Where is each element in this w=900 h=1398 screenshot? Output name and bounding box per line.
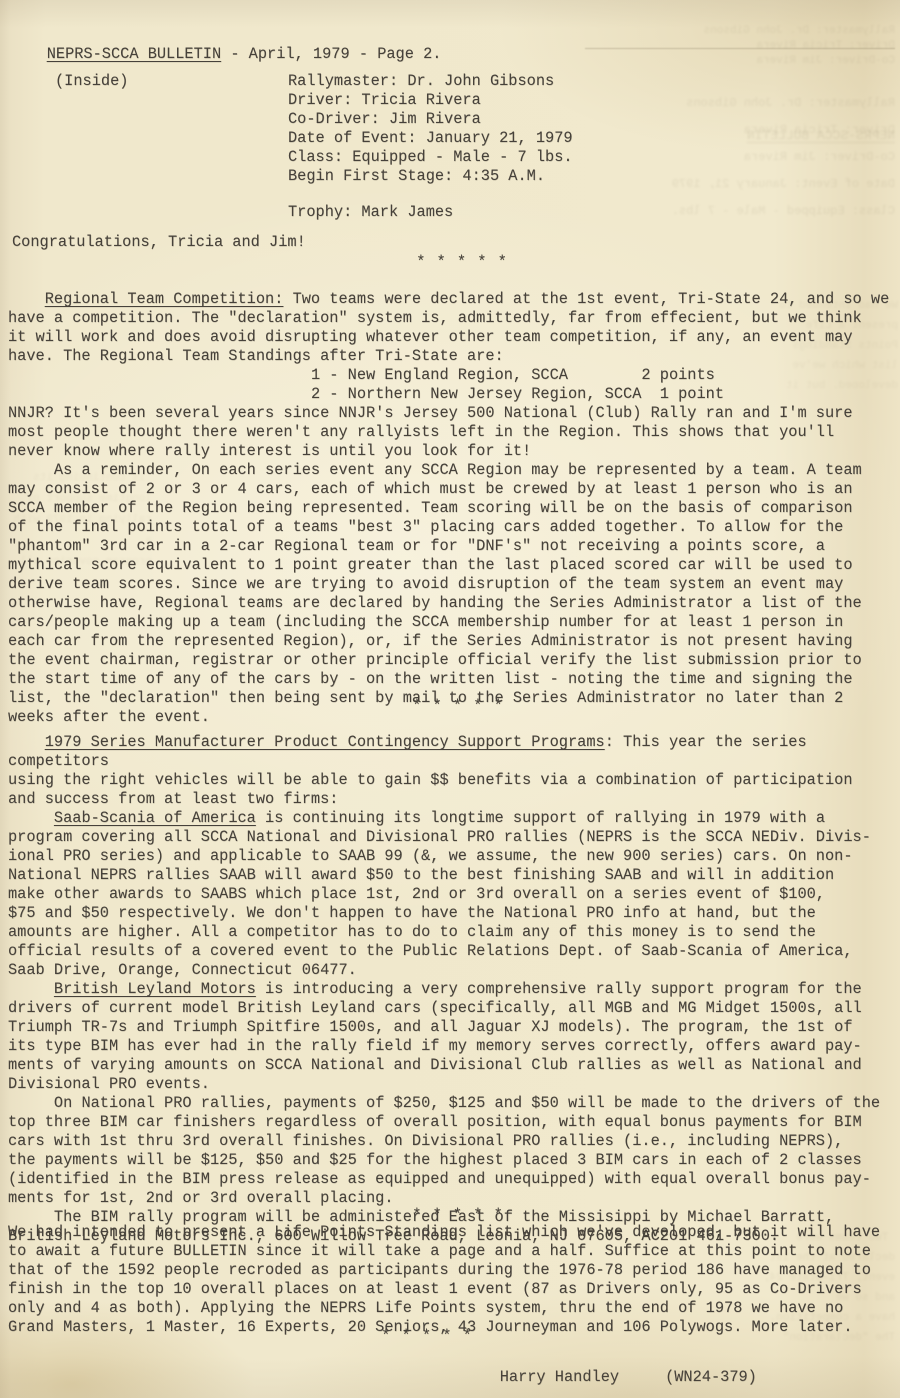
bleedthrough-rule: [585, 48, 895, 49]
regional-team-competition-section: Regional Team Competition: Two teams wer…: [8, 271, 896, 746]
bleedthrough-ghost-text: Rallymaster: Dr. John Gibsons Driver: Tr…: [625, 90, 895, 218]
contingency-programs-section: 1979 Series Manufacturer Product Conting…: [8, 714, 896, 1265]
saab-scania-name: Saab-Scania of America: [54, 809, 256, 827]
saab-paragraph-text: is continuing its longtime support of ra…: [8, 809, 871, 998]
bleedthrough-ghost-text: Rallymaster: Dr. John Gibsons Driver: Tr…: [560, 24, 895, 68]
signature-line: Harry Handley(WN24-379): [463, 1349, 757, 1398]
bleedthrough-ghost-title: NEPRS-SCCA BULLETIN: [665, 126, 895, 148]
asterisk-separator: * * * * *: [12, 253, 900, 272]
regional-body-text: Two teams were declared at the 1st event…: [8, 290, 889, 726]
event-details: Rallymaster: Dr. John Gibsons Driver: Tr…: [288, 72, 573, 186]
author-code: (WN24-379): [665, 1368, 757, 1386]
section-heading-regional: Regional Team Competition:: [45, 290, 284, 308]
page-title-suffix: - April, 1979 - Page 2.: [221, 45, 441, 63]
congratulations-line: Congratulations, Tricia and Jim!: [12, 233, 306, 252]
page-title: NEPRS-SCCA BULLETIN: [47, 45, 221, 63]
british-leyland-name: British Leyland Motors: [54, 980, 256, 998]
inside-label: (Inside): [55, 72, 128, 91]
trophy-line: Trophy: Mark James: [288, 203, 453, 222]
author-name: Harry Handley: [500, 1368, 619, 1386]
asterisk-separator: * * * * *: [0, 1327, 877, 1346]
life-points-section: We had intended to present a Life Points…: [8, 1223, 896, 1337]
section-heading-contingency: 1979 Series Manufacturer Product Conting…: [45, 733, 605, 751]
scanned-bulletin-page: Rallymaster: Dr. John Gibsons Driver: Tr…: [0, 0, 900, 1398]
